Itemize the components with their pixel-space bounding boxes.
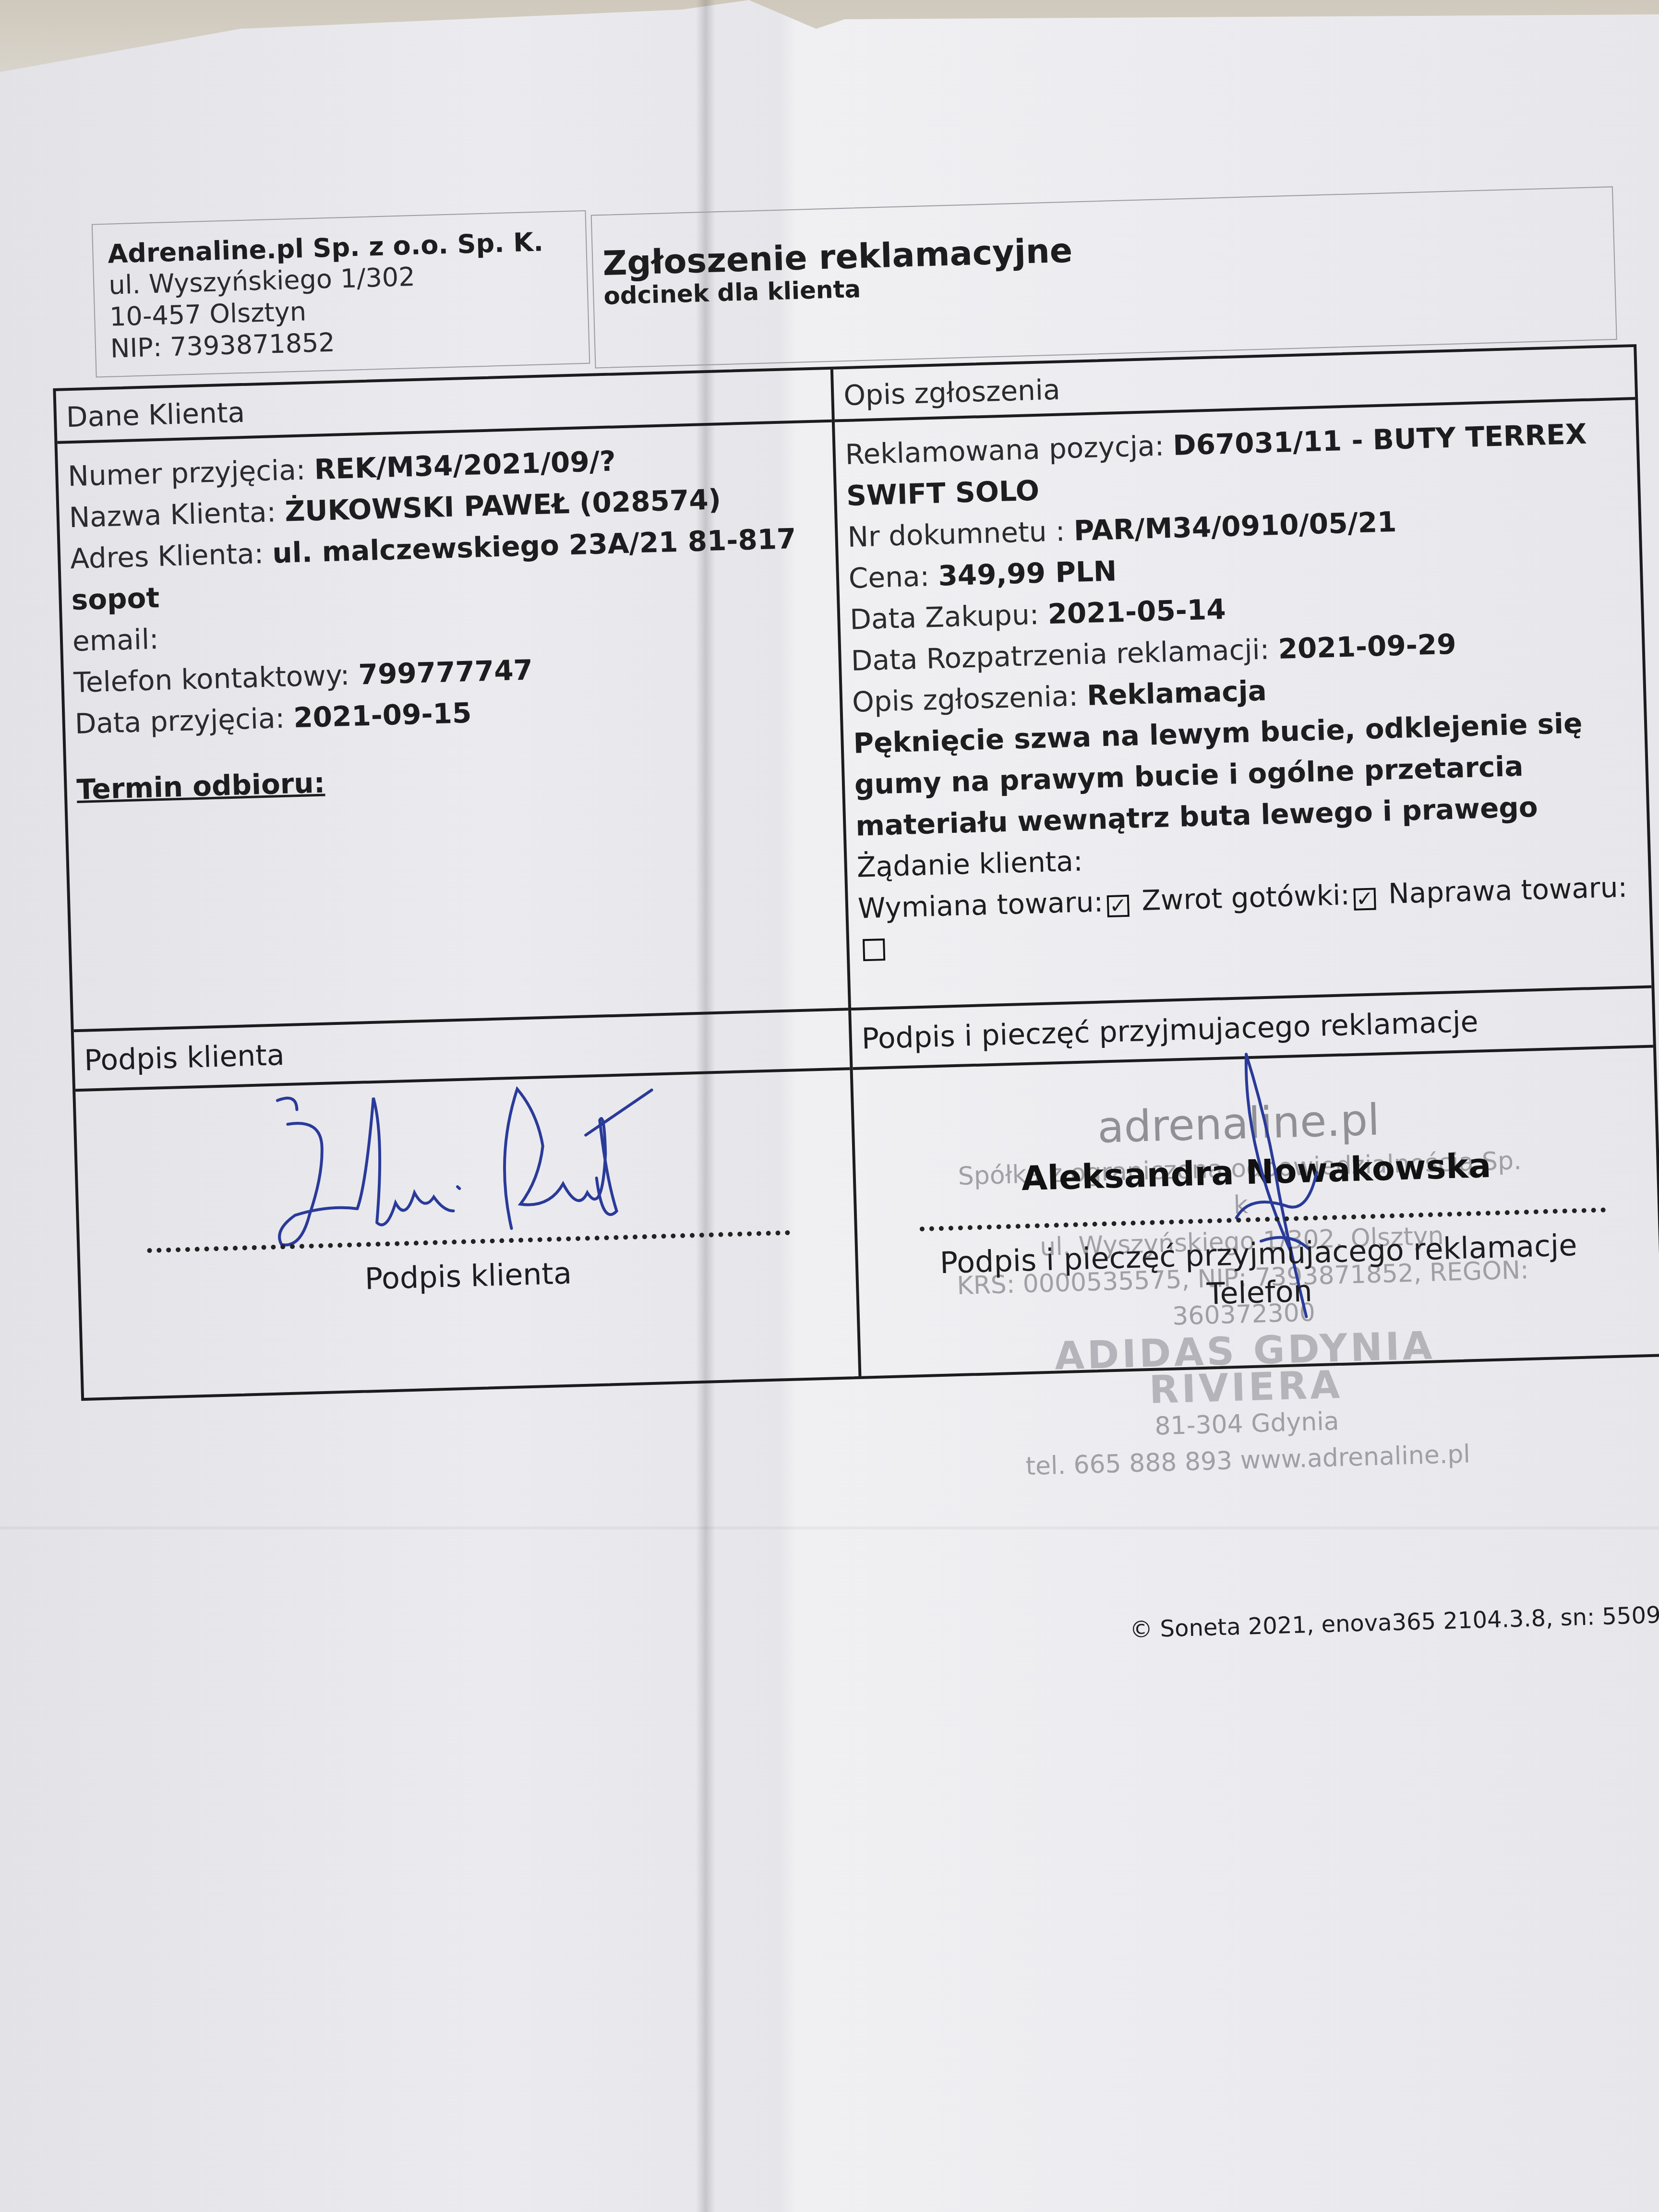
complaint-column: Opis zgłoszenia Reklamowana pozycja: D67… xyxy=(833,347,1659,1376)
client-details: Numer przyjęcia: REK/M34/2021/09/? Nazwa… xyxy=(58,425,842,816)
complaint-description: Pęknięcie szwa na lewym bucie, odklejeni… xyxy=(853,701,1637,846)
option-repair-checkbox[interactable] xyxy=(863,938,885,961)
pickup-date-label: Termin odbioru: xyxy=(76,752,832,806)
option-refund-checkbox[interactable]: ✓ xyxy=(1353,888,1376,910)
form-title-box: Zgłoszenie reklamacyjne odcinek dla klie… xyxy=(591,186,1617,368)
option-refund-label: Zwrot gotówki: xyxy=(1141,878,1350,917)
paper-fold-horizontal xyxy=(0,1527,1659,1529)
complaint-details: Reklamowana pozycja: D67031/11 - BUTY TE… xyxy=(835,402,1651,980)
option-exchange-label: Wymiana towaru: xyxy=(857,885,1104,925)
option-repair-label: Naprawa towaru: xyxy=(1388,871,1628,910)
form-grid: Dane Klienta Numer przyjęcia: REK/M34/20… xyxy=(53,344,1659,1401)
client-signature-area: Podpis klienta xyxy=(75,1070,858,1398)
complaint-form: Adrenaline.pl Sp. z o.o. Sp. K. ul. Wysz… xyxy=(34,166,1659,1411)
staff-signature-area: adrenaline.pl Spółka z ograniczoną odpow… xyxy=(853,1047,1659,1376)
option-exchange-checkbox[interactable]: ✓ xyxy=(1107,895,1130,917)
client-column: Dane Klienta Numer przyjęcia: REK/M34/20… xyxy=(56,370,861,1398)
company-info: Adrenaline.pl Sp. z o.o. Sp. K. ul. Wysz… xyxy=(92,210,590,378)
